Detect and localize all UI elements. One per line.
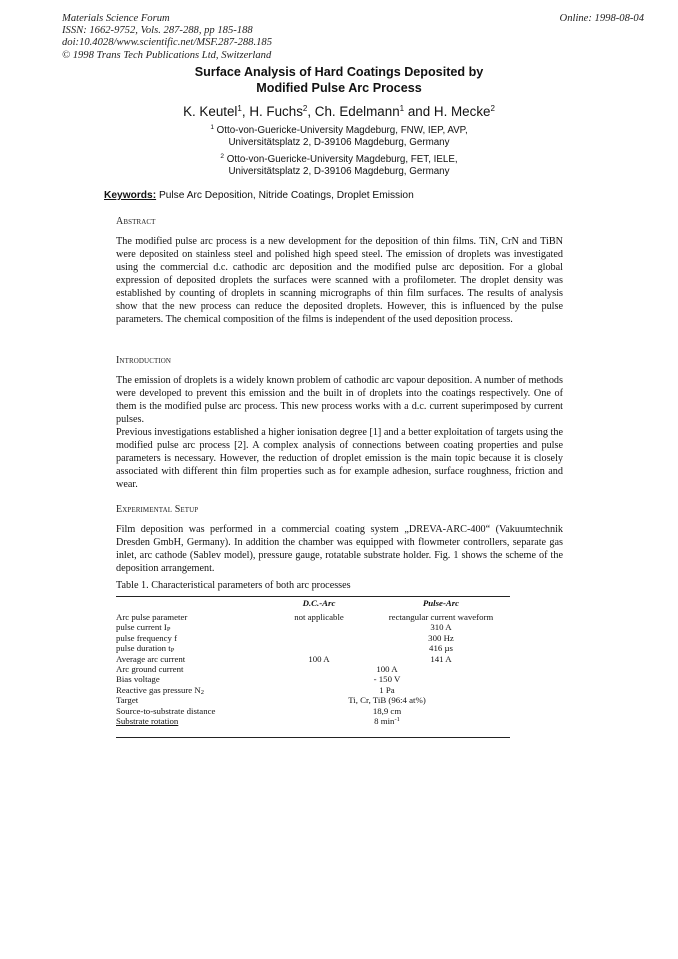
table-row: pulse duration tP416 µs [116,643,510,653]
row-label: pulse current IP [116,622,170,632]
cell-both: 100 A [264,664,510,674]
table-bottom-rule [116,737,510,738]
introduction-heading: Introduction [116,355,171,367]
journal-metadata: Materials Science Forum ISSN: 1662-9752,… [62,13,272,62]
title-line-1: Surface Analysis of Hard Coatings Deposi… [0,65,678,81]
keywords: Keywords: Pulse Arc Deposition, Nitride … [104,190,414,202]
table-row: Arc pulse parameternot applicablerectang… [116,612,510,622]
journal-name: Materials Science Forum [62,13,272,25]
row-label: Arc pulse parameter [116,612,187,622]
row-label: Bias voltage [116,674,160,684]
row-label: Target [116,695,138,705]
table-row: Bias voltage- 150 V [116,674,510,684]
table-row: Substrate rotation8 min-1 [116,716,510,726]
cell-both: Ti, Cr, TiB (96:4 at%) [264,695,510,705]
cell-pulse-arc: 300 Hz [372,633,510,643]
cell-dc-arc: not applicable [264,612,374,622]
paper-title: Surface Analysis of Hard Coatings Deposi… [0,65,678,96]
issn-line: ISSN: 1662-9752, Vols. 287-288, pp 185-1… [62,25,272,37]
table-top-rule [116,596,510,597]
cell-both: - 150 V [264,674,510,684]
table-row: Reactive gas pressure N21 Pa [116,685,510,695]
table-row: Source-to-substrate distance18,9 cm [116,706,510,716]
row-label: Substrate rotation [116,716,178,726]
table-row: Average arc current100 A141 A [116,654,510,664]
author: K. Keutel1, [183,104,249,119]
title-line-2: Modified Pulse Arc Process [0,81,678,97]
table-caption: Table 1. Characteristical parameters of … [116,580,351,592]
abstract-text: The modified pulse arc process is a new … [116,235,563,326]
table-row: pulse current IP310 A [116,622,510,632]
cell-pulse-arc: 141 A [372,654,510,664]
author-list: K. Keutel1, H. Fuchs2, Ch. Edelmann1 and… [0,104,678,120]
row-label: pulse frequency f [116,633,177,643]
table-row: Arc ground current100 A [116,664,510,674]
abstract-heading: Abstract [116,216,156,228]
cell-both: 18,9 cm [264,706,510,716]
cell-both: 8 min-1 [264,716,510,726]
introduction-paragraph-1: The emission of droplets is a widely kno… [116,374,563,426]
table-header-row: D.C.-Arc Pulse-Arc [116,598,510,612]
cell-pulse-arc: rectangular current waveform [372,612,510,622]
keywords-text: Pulse Arc Deposition, Nitride Coatings, … [159,190,414,201]
row-label: Reactive gas pressure N2 [116,685,204,695]
author: H. Fuchs2, [249,104,314,119]
author: H. Mecke2 [434,104,495,119]
affiliation-1: 1 Otto-von-Guericke-University Magdeburg… [0,125,678,150]
cell-dc-arc: 100 A [264,654,374,664]
column-header-pulse-arc: Pulse-Arc [372,598,510,608]
row-label: Source-to-substrate distance [116,706,215,716]
cell-pulse-arc: 310 A [372,622,510,632]
doi-line[interactable]: doi:10.4028/www.scientific.net/MSF.287-2… [62,37,272,49]
row-label: Arc ground current [116,664,183,674]
row-label: Average arc current [116,654,185,664]
keywords-label: Keywords: [104,190,156,201]
experimental-heading: Experimental Setup [116,504,198,516]
cell-pulse-arc: 416 µs [372,643,510,653]
online-date: Online: 1998-08-04 [560,13,644,25]
cell-both: 1 Pa [264,685,510,695]
author: Ch. Edelmann1 and [315,104,434,119]
table-row: TargetTi, Cr, TiB (96:4 at%) [116,695,510,705]
table-row: pulse frequency f300 Hz [116,633,510,643]
introduction-paragraph-2: Previous investigations established a hi… [116,426,563,491]
row-label: pulse duration tP [116,643,174,653]
copyright-line: © 1998 Trans Tech Publications Ltd, Swit… [62,50,272,62]
affiliation-2: 2 Otto-von-Guericke-University Magdeburg… [0,154,678,179]
experimental-text: Film deposition was performed in a comme… [116,523,563,575]
column-header-dc-arc: D.C.-Arc [264,598,374,608]
parameters-table: D.C.-Arc Pulse-Arc Arc pulse parameterno… [116,598,510,726]
